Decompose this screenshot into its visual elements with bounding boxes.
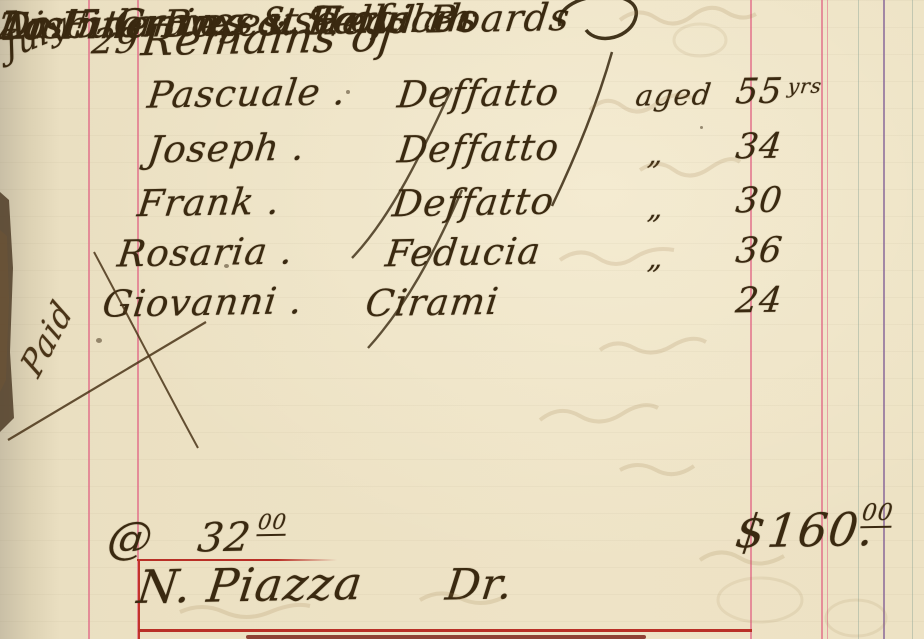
charge-description-line: Ambulances & Services xyxy=(0,0,481,48)
deceased-name: Giovanni . xyxy=(100,279,305,325)
rate-amount: 32 xyxy=(195,515,254,562)
age-unit: yrs xyxy=(786,74,823,99)
total-cents: 00 xyxy=(860,500,895,529)
deceased-row: Frank . Deffatto „ 30 xyxy=(0,181,924,237)
rate-cents: 00 xyxy=(256,510,288,536)
ink-speck xyxy=(224,264,229,268)
deceased-surname: Deffatto xyxy=(395,126,562,172)
deceased-surname: Deffatto xyxy=(390,180,557,226)
ditto-mark: „ xyxy=(646,241,666,275)
deceased-name: Frank . xyxy=(135,180,283,225)
total-currency-symbol: $ xyxy=(733,504,770,559)
deceased-age: 36 xyxy=(733,231,785,272)
ledger-rule-red-partial xyxy=(246,635,646,639)
ink-speck xyxy=(700,126,703,129)
ink-speck xyxy=(96,338,102,343)
ledger-rule-red-horizontal xyxy=(138,629,752,632)
deceased-row: Joseph . Deffatto „ 34 xyxy=(0,127,924,183)
deceased-age: 55 xyxy=(733,72,785,113)
deceased-age: 24 xyxy=(733,281,785,322)
deceased-surname: Cirami xyxy=(363,280,501,325)
deceased-name: Rosaria . xyxy=(115,229,296,275)
deceased-surname: Deffatto xyxy=(395,71,562,117)
deceased-name: Pascuale . xyxy=(145,70,349,116)
aged-label: aged xyxy=(634,77,714,112)
ditto-mark: „ xyxy=(646,191,666,225)
deceased-row: Pascuale . Deffatto aged 55 yrs xyxy=(0,72,924,128)
ink-speck xyxy=(300,30,303,33)
deceased-surname: Feducia xyxy=(383,230,543,276)
debtor-suffix: Dr. xyxy=(443,559,516,610)
ditto-mark: „ xyxy=(646,137,666,171)
debtor-name: N. Piazza xyxy=(134,556,366,614)
ink-speck xyxy=(346,90,350,94)
deceased-age: 34 xyxy=(733,127,785,168)
ledger-scan: July 29 Remains of Pascuale . Deffatto a… xyxy=(0,0,924,639)
deceased-row: Giovanni . Cirami 24 xyxy=(0,281,924,337)
deceased-name: Joseph . xyxy=(145,126,308,172)
deceased-row: Rosaria . Feducia „ 36 xyxy=(0,231,924,287)
deceased-age: 30 xyxy=(733,181,785,222)
total-amount: 160. xyxy=(765,502,878,558)
rate-at-symbol: @ xyxy=(105,513,156,565)
